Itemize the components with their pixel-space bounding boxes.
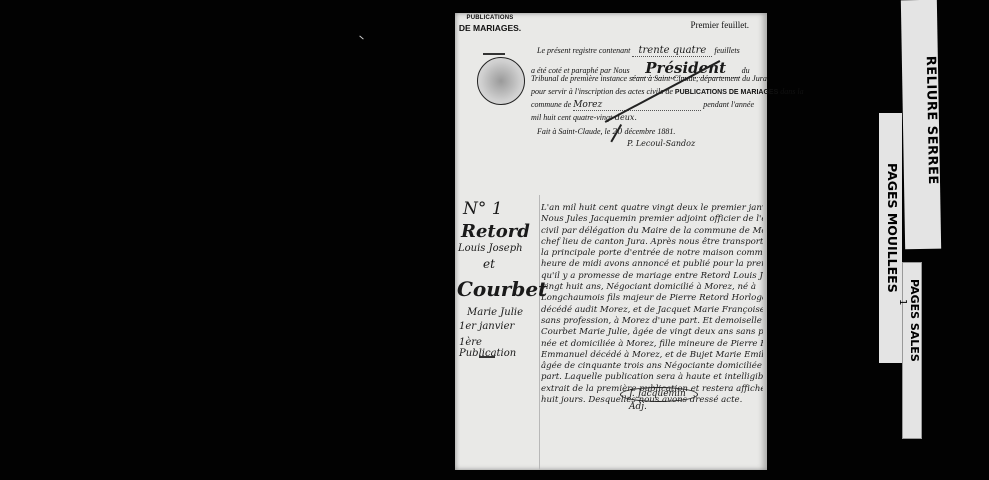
folio-label: Premier feuillet. <box>691 20 749 30</box>
register-page: PUBLICATIONS DE MARIAGES. Premier feuill… <box>455 13 767 470</box>
bride-surname: Courbet <box>457 277 547 301</box>
entry-text-line: L'an mil huit cent quatre vingt deux le … <box>541 203 763 214</box>
entry-text-line: Longchaumois fils majeur de Pierre Retor… <box>541 293 763 304</box>
section-heading-line2: DE MARIAGES. <box>455 23 525 33</box>
entry-text-line: sans profession, à Morez d'une part. Et … <box>541 316 763 327</box>
margin-rule <box>539 195 540 470</box>
section-heading-line1: PUBLICATIONS <box>455 15 525 21</box>
bride-given-names: Marie Julie <box>467 307 523 318</box>
entry-text-line: la principale porte d'entrée de notre ma… <box>541 248 763 259</box>
groom-surname: Retord <box>461 221 530 242</box>
cert-line-1: Le présent registre contenant trente qua… <box>537 45 740 57</box>
officer-signature: J. Jacquemin Adj. <box>620 387 698 402</box>
president-signature: P. Lecoul-Sandoz <box>627 139 695 148</box>
cert-line-7: Fait à Saint-Claude, le 20 décembre 1881… <box>537 127 675 136</box>
entry-text-line: qu'il y a promesse de mariage entre Reto… <box>541 271 763 282</box>
entry-text-line: chef lieu de canton Jura. Après nous êtr… <box>541 237 763 248</box>
tax-stamp-icon <box>477 57 525 105</box>
cert-line-3: Tribunal de première instance séant à Sa… <box>531 74 769 83</box>
entry-text-line: Emmanuel décédé à Morez, et de Bujet Mar… <box>541 350 763 361</box>
stamp-divider <box>483 53 505 55</box>
conjunction: et <box>483 257 495 271</box>
entry-text-line: décédé audit Morez, et de Jacquet Marie … <box>541 305 763 316</box>
archive-label-reliure: RELIURE SERREE <box>901 0 941 249</box>
entry-text-line: heure de midi avons annoncé et publié po… <box>541 259 763 270</box>
commune-fill: Morez <box>573 100 701 111</box>
groom-given-names: Louis Joseph <box>458 243 523 254</box>
entry-text-line: Nous Jules Jacquemin premier adjoint off… <box>541 214 763 225</box>
entry-text-line: vingt huit ans, Négociant domicilié à Mo… <box>541 282 763 293</box>
entry-text-line: part. Laquelle publication sera à haute … <box>541 372 763 383</box>
entry-text-line: âgée de cinquante trois ans Négociante d… <box>541 361 763 372</box>
section-heading: PUBLICATIONS DE MARIAGES. <box>455 15 525 33</box>
dust-speck <box>359 36 363 40</box>
entry-text-line: civil par délégation du Maire de la comm… <box>541 226 763 237</box>
archive-label-sales: PAGES SALES 1 <box>902 262 922 439</box>
entry-text-line: née et domiciliée à Morez, fille mineure… <box>541 339 763 350</box>
label-mark: 1 <box>897 299 908 438</box>
entry-underline <box>479 356 495 358</box>
entry-text-line: Courbet Marie Julie, âgée de vingt deux … <box>541 327 763 338</box>
entry-text: L'an mil huit cent quatre vingt deux le … <box>541 203 763 406</box>
publication-number: 1ère Publication <box>459 337 539 359</box>
entry-number: N° 1 <box>463 199 503 219</box>
cert-line-6: mil huit cent quatre-vingt-deux. <box>531 113 637 122</box>
entry-date: 1er janvier <box>459 321 514 332</box>
leaf-count-fill: trente quatre <box>632 45 712 57</box>
